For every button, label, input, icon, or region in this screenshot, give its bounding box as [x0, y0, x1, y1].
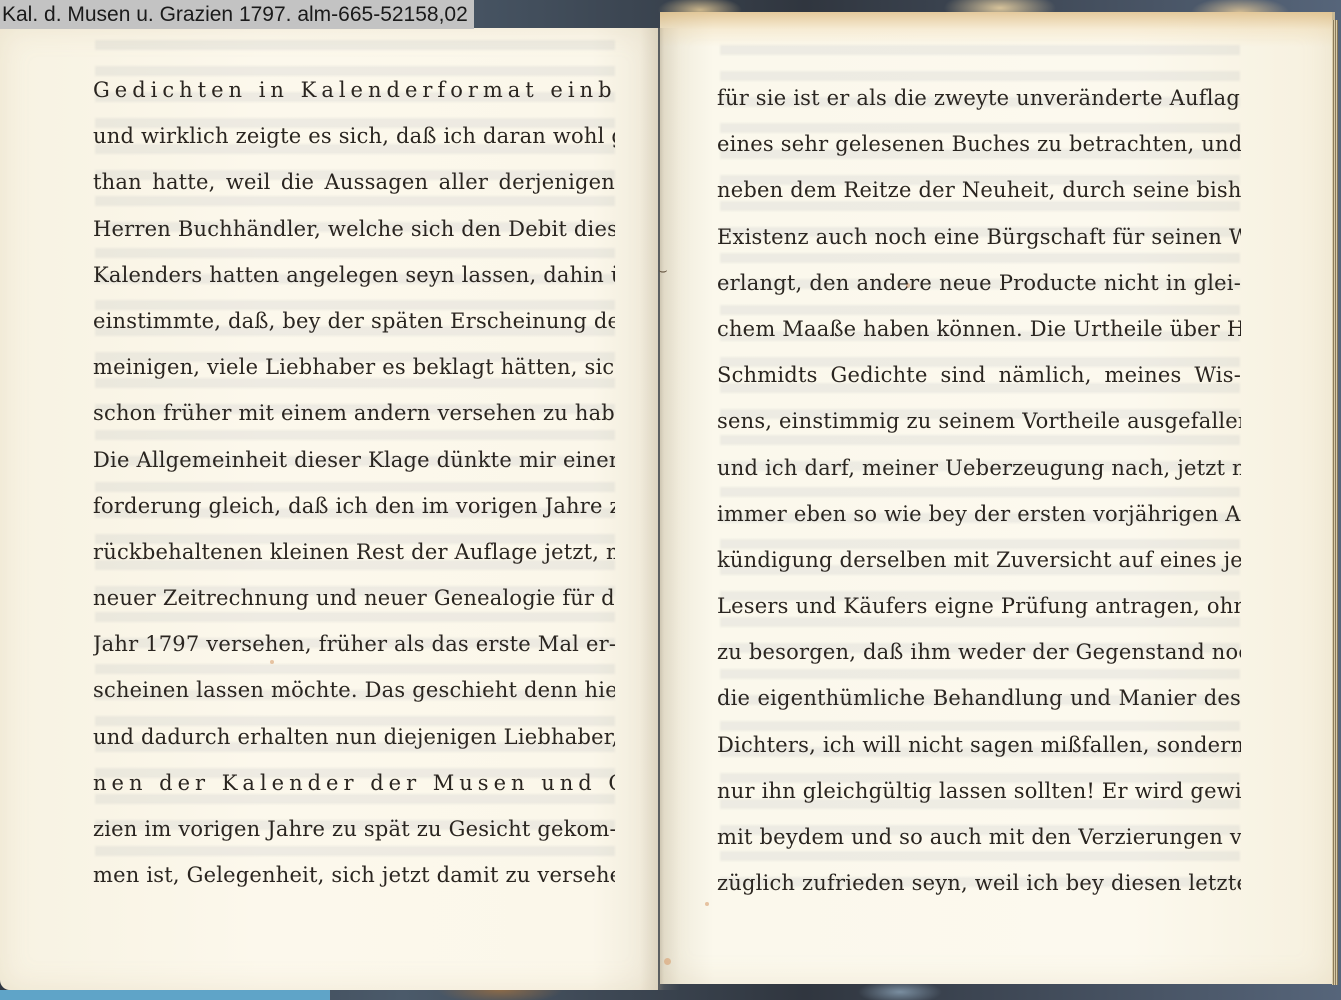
text-line: zien im vorigen Jahre zu spät zu Gesicht…	[93, 811, 615, 857]
right-page-text: für sie ist er als die zweyte unveränder…	[717, 80, 1241, 911]
text-line: kündigung derselben mit Zuversicht auf e…	[717, 542, 1241, 588]
text-line: Die Allgemeinheit dieser Klage dünkte mi…	[93, 442, 615, 488]
text-line: Dichters, ich will nicht sagen mißfallen…	[717, 727, 1241, 773]
text-line: forderung gleich, daß ich den im vorigen…	[93, 488, 615, 534]
text-line: eines sehr gelesenen Buches zu betrachte…	[717, 126, 1241, 172]
text-line: Schmidts Gedichte sind nämlich, meines W…	[717, 357, 1241, 403]
text-line: rückbehaltenen kleinen Rest der Auflage …	[93, 534, 615, 580]
text-line: meinigen, viele Liebhaber es beklagt hät…	[93, 349, 615, 395]
foxing-spot	[664, 958, 671, 965]
text-line: mit beydem und so auch mit den Verzierun…	[717, 819, 1241, 865]
text-line: die eigenthümliche Behandlung und Manier…	[717, 680, 1241, 726]
text-line: neben dem Reitze der Neuheit, durch sein…	[717, 172, 1241, 218]
text-line: einstimmte, daß, bey der späten Erschein…	[93, 303, 615, 349]
text-line: nur ihn gleichgültig lassen sollten! Er …	[717, 773, 1241, 819]
page-edge-stack	[1332, 20, 1338, 985]
left-page-text: Gedichten in Kalenderformat einbinden, u…	[93, 72, 615, 903]
text-line: immer eben so wie bey der ersten vorjähr…	[717, 496, 1241, 542]
text-line: Herren Buchhändler, welche sich den Debi…	[93, 211, 615, 257]
text-line: nen der Kalender der Musen und Gra-	[93, 765, 615, 811]
text-line: neuer Zeitrechnung und neuer Genealogie …	[93, 580, 615, 626]
text-line: scheinen lassen möchte. Das geschieht de…	[93, 672, 615, 718]
text-line: zu besorgen, daß ihm weder der Gegenstan…	[717, 634, 1241, 680]
book-gutter	[640, 28, 680, 990]
cover-edge-blue	[0, 990, 330, 1000]
text-line: erlangt, den andere neue Producte nicht …	[717, 265, 1241, 311]
text-line: Gedichten in Kalenderformat einbinden,	[93, 72, 615, 118]
text-line: und wirklich zeigte es sich, daß ich dar…	[93, 118, 615, 164]
text-line: für sie ist er als die zweyte unveränder…	[717, 80, 1241, 126]
text-line: than hatte, weil die Aussagen aller derj…	[93, 164, 615, 210]
text-line: Existenz auch noch eine Bürgschaft für s…	[717, 219, 1241, 265]
text-line: und ich darf, meiner Ueberzeugung nach, …	[717, 450, 1241, 496]
image-caption-label: Kal. d. Musen u. Grazien 1797. alm-665-5…	[0, 0, 474, 29]
text-line: sens, einstimmig zu seinem Vortheile aus…	[717, 403, 1241, 449]
text-line: und dadurch erhalten nun diejenigen Lieb…	[93, 719, 615, 765]
text-line: men ist, Gelegenheit, sich jetzt damit z…	[93, 857, 615, 903]
text-line: Jahr 1797 versehen, früher als das erste…	[93, 626, 615, 672]
text-line: Kalenders hatten angelegen seyn lassen, …	[93, 257, 615, 303]
text-line: züglich zufrieden seyn, weil ich bey die…	[717, 865, 1241, 911]
text-line: chem Maaße haben können. Die Urtheile üb…	[717, 311, 1241, 357]
binding-mark-icon: ⌣	[652, 266, 674, 276]
text-line: schon früher mit einem andern versehen z…	[93, 395, 615, 441]
foxing-spot	[705, 902, 709, 906]
text-line: Lesers und Käufers eigne Prüfung antrage…	[717, 588, 1241, 634]
